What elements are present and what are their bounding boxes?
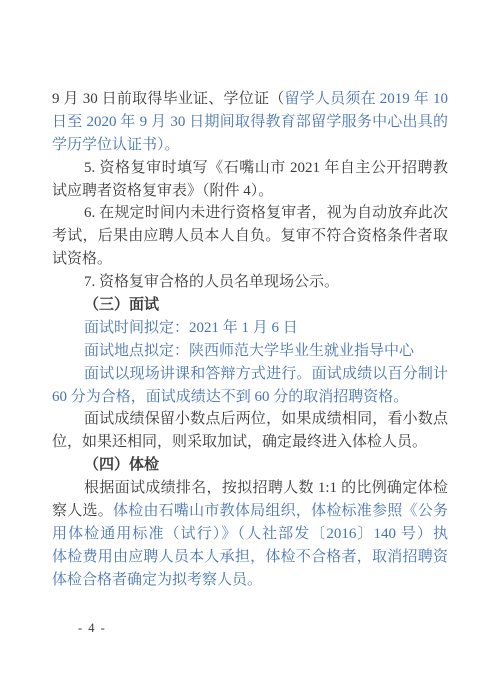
text-line: （三）面试 bbox=[52, 294, 448, 317]
text-segment: 考试，后果由应聘人员本人自负。复审不符合资格条件者取消面 bbox=[52, 228, 448, 248]
text-line: 6. 在规定时间内未进行资格复审者，视为自动放弃此次招聘 bbox=[52, 202, 448, 225]
document-page: 9 月 30 日前取得毕业证、学位证（留学人员须在 2019 年 10 月 1日… bbox=[0, 0, 488, 690]
text-line: 60 分为合格，面试成绩达不到 60 分的取消招聘资格。 bbox=[52, 386, 448, 409]
text-line: 面试成绩保留小数点后两位，如果成绩相同，看小数点后四 bbox=[52, 408, 448, 431]
text-segment: （三）面试 bbox=[84, 297, 159, 313]
text-segment: （四）体检 bbox=[84, 457, 159, 473]
text-segment: 9 月 30 日前取得毕业证、学位证（ bbox=[52, 91, 284, 107]
text-segment: 面试时间拟定：2021 年 1 月 6 日 bbox=[84, 320, 298, 336]
text-line: 5. 资格复审时填写《石嘴山市 2021 年自主公开招聘教师面 bbox=[52, 157, 448, 180]
text-segment: 位，如果还相同，则采取加试，确定最终进入体检人员。 bbox=[52, 434, 427, 450]
text-line: 7. 资格复审合格的人员名单现场公示。 bbox=[52, 271, 448, 294]
text-line: 9 月 30 日前取得毕业证、学位证（留学人员须在 2019 年 10 月 1 bbox=[52, 88, 448, 111]
text-line: 考试，后果由应聘人员本人自负。复审不符合资格条件者取消面 bbox=[52, 225, 448, 248]
text-segment: 体检费用由应聘人员本人承担，体检不合格者，取消招聘资格。 bbox=[52, 549, 448, 569]
text-line: 试应聘者资格复审表》（附件 4）。 bbox=[52, 180, 448, 203]
text-segment: 面试成绩保留小数点后两位，如果成绩相同，看小数点后四 bbox=[52, 411, 448, 431]
text-line: 用体检通用标准（试行）》（人社部发〔2016〕140 号）执行。 bbox=[52, 523, 448, 546]
text-line: 位，如果还相同，则采取加试，确定最终进入体检人员。 bbox=[52, 431, 448, 454]
text-segment: 试资格。 bbox=[52, 251, 112, 267]
text-line: 试资格。 bbox=[52, 248, 448, 271]
text-segment: 5. 资格复审时填写《石嘴山市 2021 年自主公开招聘教师面 bbox=[52, 160, 448, 180]
text-line: 察人选。体检由石嘴山市教体局组织，体检标准参照《公务员录 bbox=[52, 500, 448, 523]
page-number: - 4 - bbox=[78, 621, 106, 636]
text-line: 体检费用由应聘人员本人承担，体检不合格者，取消招聘资格。 bbox=[52, 546, 448, 569]
text-segment: 面试地点拟定：陕西师范大学毕业生就业指导中心 bbox=[84, 343, 414, 359]
text-line: 面试时间拟定：2021 年 1 月 6 日 bbox=[52, 317, 448, 340]
text-segment: 日至 2020 年 9 月 30 日期间取得教育部留学服务中心出具的境外 bbox=[52, 114, 448, 134]
text-line: （四）体检 bbox=[52, 454, 448, 477]
text-segment: 根据面试成绩排名，按拟招聘人数 1:1 的比例确定体检和考 bbox=[52, 480, 448, 500]
text-segment: 用体检通用标准（试行）》（人社部发〔2016〕140 号）执行。 bbox=[52, 526, 448, 546]
document-body: 9 月 30 日前取得毕业证、学位证（留学人员须在 2019 年 10 月 1日… bbox=[52, 88, 448, 592]
text-segment: 察人选。 bbox=[52, 503, 113, 519]
text-segment: 7. 资格复审合格的人员名单现场公示。 bbox=[84, 274, 339, 290]
text-line: 体检合格者确定为拟考察人员。 bbox=[52, 569, 448, 592]
text-segment: 学历学位认证书）。 bbox=[52, 137, 180, 153]
text-line: 面试地点拟定：陕西师范大学毕业生就业指导中心 bbox=[52, 340, 448, 363]
text-line: 日至 2020 年 9 月 30 日期间取得教育部留学服务中心出具的境外 bbox=[52, 111, 448, 134]
text-segment: 60 分为合格，面试成绩达不到 60 分的取消招聘资格。 bbox=[52, 389, 408, 405]
text-segment: 面试以现场讲课和答辩方式进行。面试成绩以百分制计算， bbox=[52, 366, 448, 386]
text-line: 根据面试成绩排名，按拟招聘人数 1:1 的比例确定体检和考 bbox=[52, 477, 448, 500]
text-line: 面试以现场讲课和答辩方式进行。面试成绩以百分制计算， bbox=[52, 363, 448, 386]
text-line: 学历学位认证书）。 bbox=[52, 134, 448, 157]
text-segment: 6. 在规定时间内未进行资格复审者，视为自动放弃此次招聘 bbox=[52, 205, 448, 225]
text-segment: 试应聘者资格复审表》（附件 4）。 bbox=[52, 183, 273, 199]
text-segment: 体检合格者确定为拟考察人员。 bbox=[52, 572, 262, 588]
